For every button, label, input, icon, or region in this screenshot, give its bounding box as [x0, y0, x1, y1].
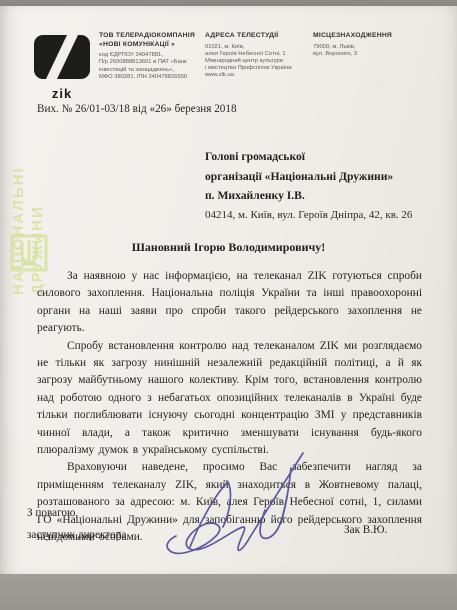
recipient-block: Голові громадської організації «Націонал…: [205, 147, 412, 225]
studio-address-line: алея Героїв Небесної Сотні, 1: [205, 51, 309, 58]
company-detail-line: інвестицій та заощаджень»,: [99, 67, 197, 74]
company-title-line2: «НОВІ КОМУНІКАЦІЇ »: [99, 41, 197, 50]
recipient-address: 04214, м. Київ, вул. Героїв Дніпра, 42, …: [205, 206, 412, 226]
letterhead-studio-address-block: АДРЕСА ТЕЛЕСТУДІЇ 01021, м. Київ, алея Г…: [205, 32, 309, 80]
studio-address-line: Міжнародний центр культури: [205, 58, 309, 65]
reference-number-line: Вих. № 26/01-03/18 від «26» березня 2018: [37, 103, 237, 115]
zik-logo: zik: [31, 34, 93, 101]
letterhead-location-block: МІСЦЕЗНАХОДЖЕННЯ 79000, м. Львів, вул. В…: [313, 32, 433, 58]
letter-paper: НАЦІОНАЛЬНІ ДРУЖИНИ zik ТОВ ТЕЛЕРАДІОКОМ…: [0, 6, 457, 575]
closing-block: З повагою, заступник директора: [27, 502, 126, 546]
watermark-word-1: НАЦІОНАЛЬНІ: [9, 166, 28, 295]
location-line: 79000, м. Львів,: [313, 44, 433, 51]
closing-position: заступник директора: [27, 524, 126, 546]
zik-logo-icon: [33, 34, 91, 80]
studio-address-line: і мистецтва Профспілок України: [205, 65, 309, 72]
recipient-name: п. Михайленку І.В.: [205, 186, 412, 206]
company-detail-line: код ЄДРПОУ 34047881,: [99, 52, 197, 59]
recipient-line: Голові громадської: [205, 147, 412, 167]
location-line: вул. Вороного, 3: [313, 51, 433, 58]
letterhead: zik ТОВ ТЕЛЕРАДІОКОМПАНІЯ «НОВІ КОМУНІКА…: [0, 26, 457, 104]
studio-address-line: 01021, м. Київ,: [205, 44, 309, 51]
photographed-letter: { "photo": { "paper_color": "#f2f0eb", "…: [0, 0, 457, 610]
studio-address-title: АДРЕСА ТЕЛЕСТУДІЇ: [205, 32, 309, 41]
salutation: Шановний Ігорю Володимировичу!: [37, 240, 420, 255]
photo-background-bottom: [0, 574, 457, 610]
signature: [140, 430, 340, 570]
company-title-line1: ТОВ ТЕЛЕРАДІОКОМПАНІЯ: [99, 32, 197, 41]
signer-name: Зак В.Ю.: [344, 524, 387, 536]
zik-logo-text: zik: [31, 86, 93, 101]
company-detail-line: МФО 380281, ІПН 340478826550: [99, 74, 197, 81]
closing-regards: З повагою,: [27, 502, 126, 524]
recipient-line: організації «Національні Дружини»: [205, 167, 412, 187]
company-detail-line: П/р 2600888813601 в ПАТ «Банк: [99, 59, 197, 66]
location-title: МІСЦЕЗНАХОДЖЕННЯ: [313, 32, 433, 41]
studio-website: www.zik.ua: [205, 72, 309, 79]
letterhead-company-block: ТОВ ТЕЛЕРАДІОКОМПАНІЯ «НОВІ КОМУНІКАЦІЇ …: [99, 32, 197, 81]
body-paragraph-1: За наявною у нас інформацією, на телекан…: [37, 268, 422, 338]
